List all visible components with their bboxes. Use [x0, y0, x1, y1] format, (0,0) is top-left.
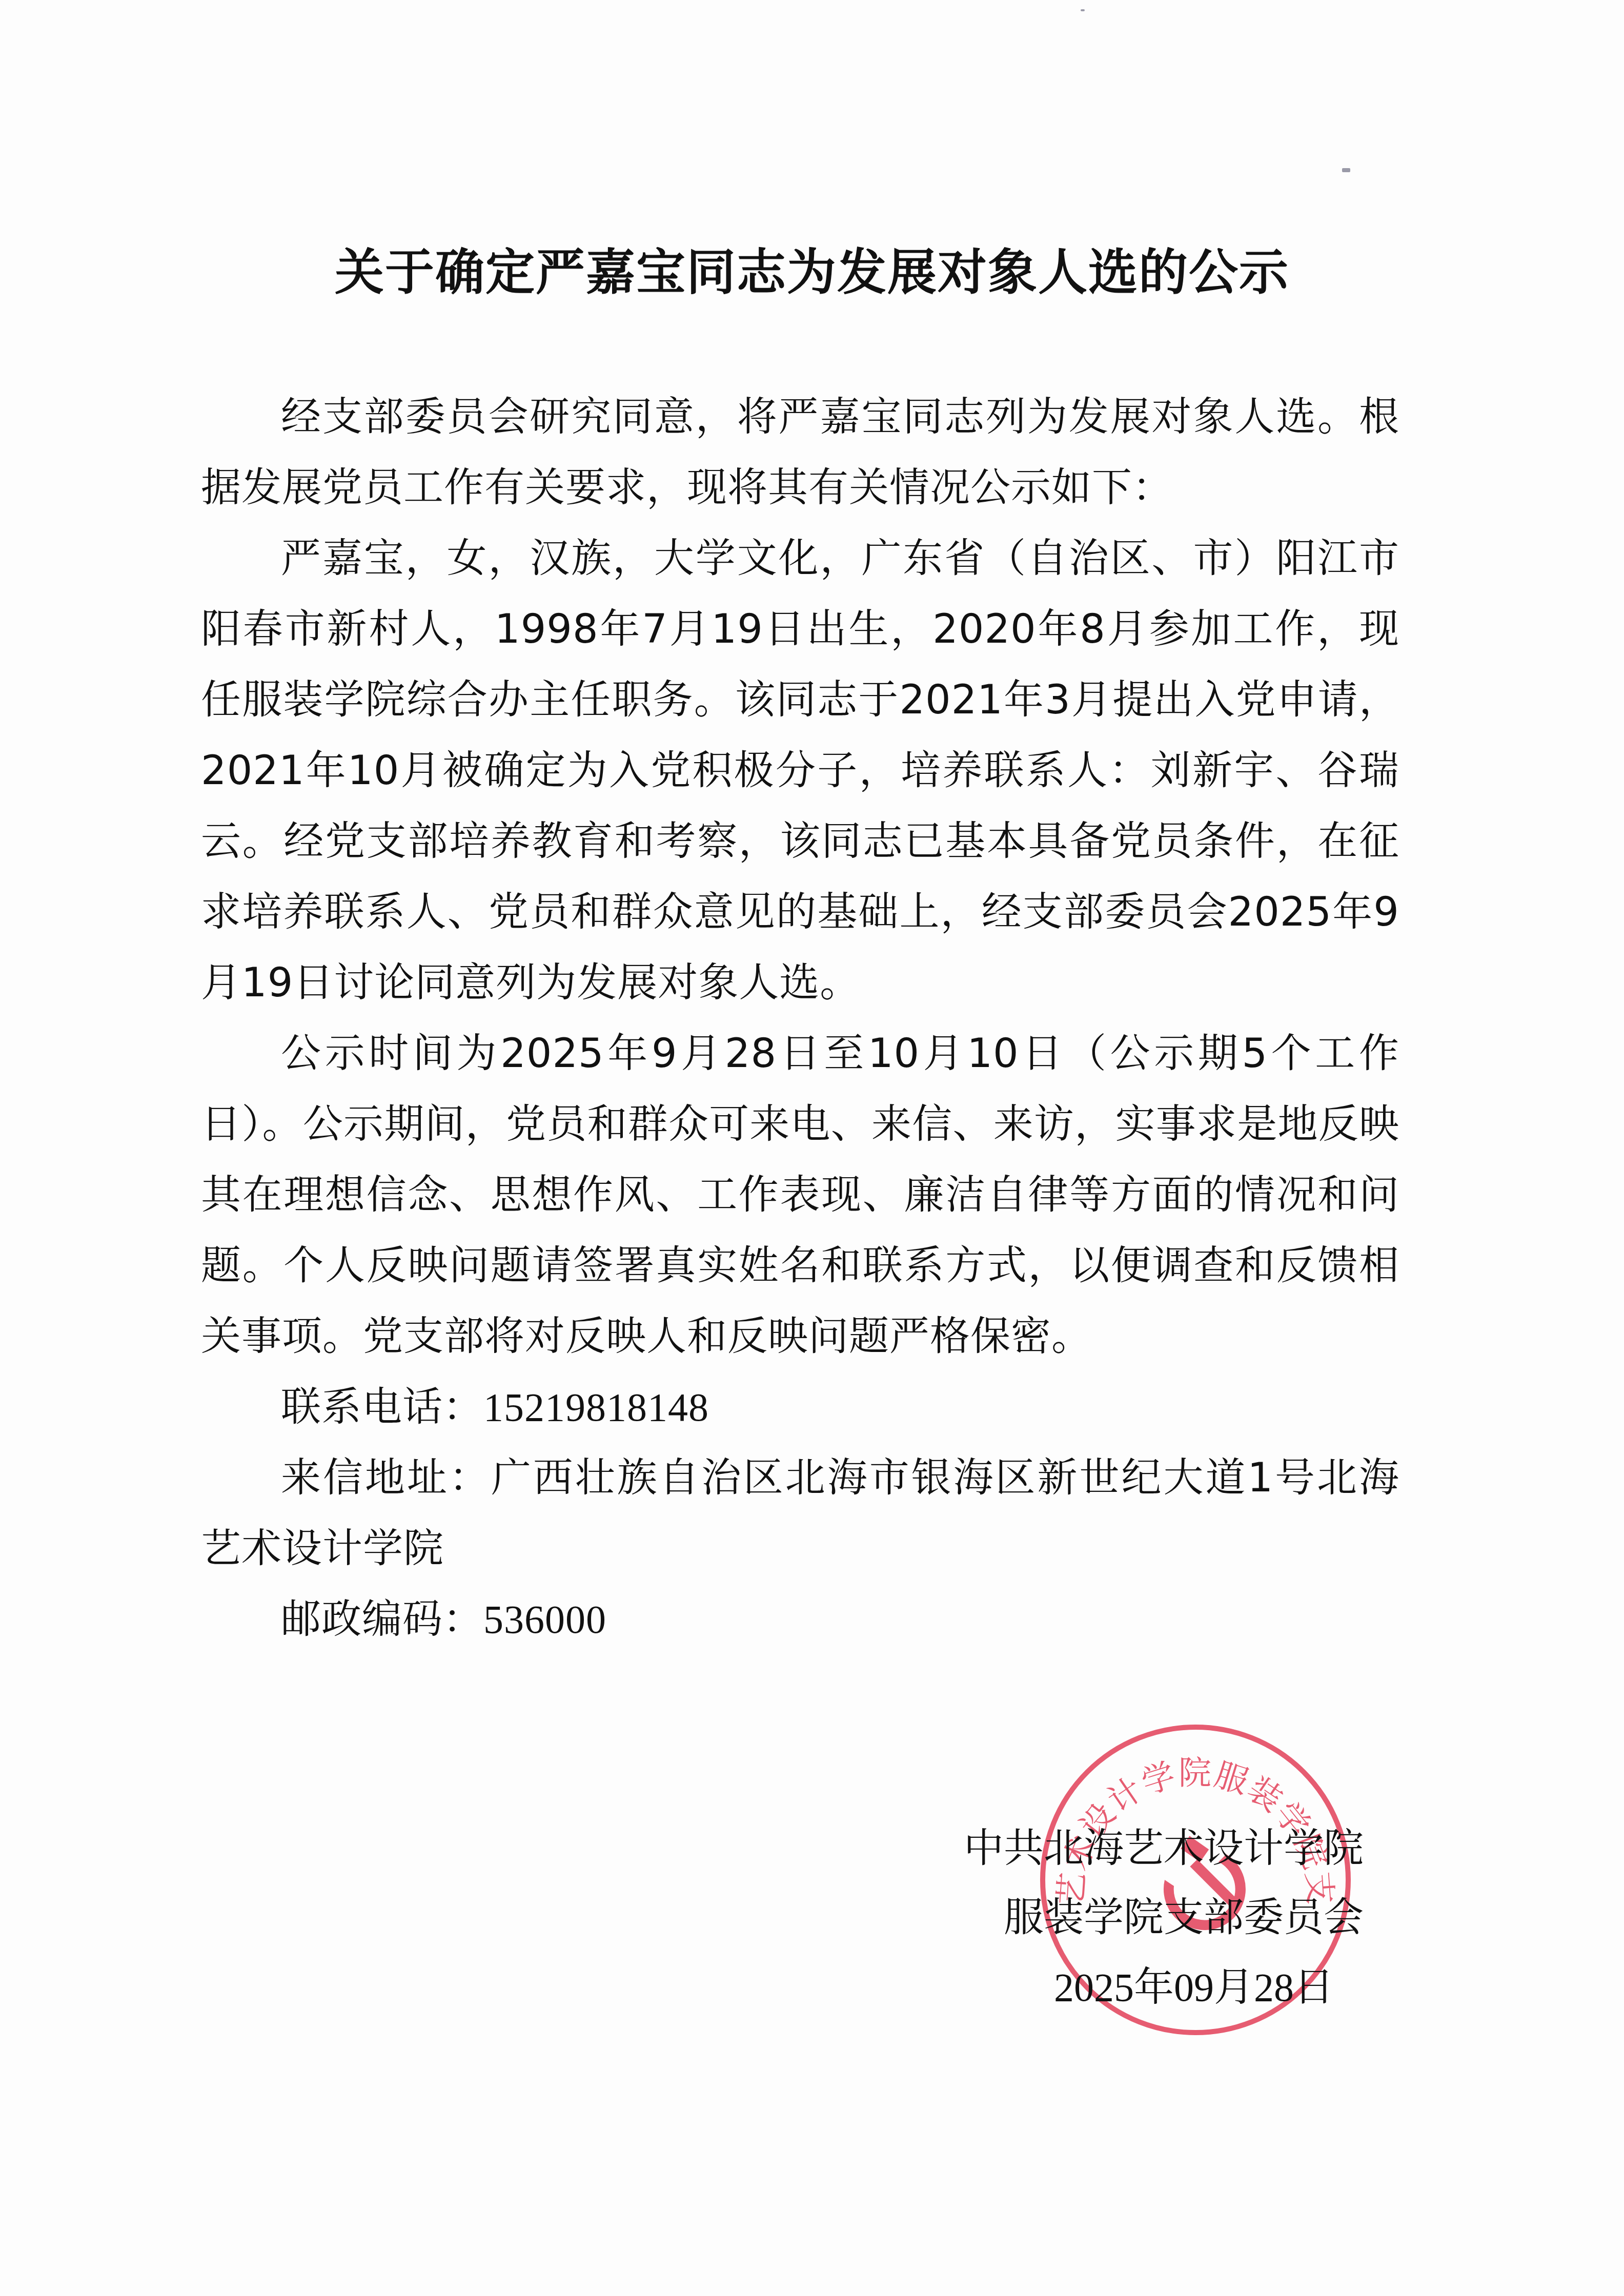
contact-phone: 联系电话：15219818148: [201, 1372, 1399, 1443]
document-body: 经支部委员会研究同意，将严嘉宝同志列为发展对象人选。根据发展党员工作有关要求，现…: [201, 382, 1399, 1655]
intro-paragraph: 经支部委员会研究同意，将严嘉宝同志列为发展对象人选。根据发展党员工作有关要求，现…: [201, 382, 1399, 523]
scan-speck: [1342, 168, 1350, 172]
postcode-value: 536000: [483, 1597, 606, 1642]
signing-organization-line1: 中共北海艺术设计学院: [953, 1814, 1364, 1883]
signing-organization-line2: 服装学院支部委员会: [953, 1883, 1364, 1953]
contact-postcode: 邮政编码：536000: [201, 1584, 1399, 1655]
signing-date: 2025年09月28日: [953, 1953, 1364, 2022]
postcode-label: 邮政编码：: [281, 1596, 483, 1643]
scan-speck: [1081, 9, 1085, 11]
contact-address: 来信地址：广西壮族自治区北海市银海区新世纪大道1号北海艺术设计学院: [201, 1443, 1399, 1584]
candidate-info-paragraph: 严嘉宝，女，汉族，大学文化，广东省（自治区、市）阳江市阳春市新村人，1998年7…: [201, 523, 1399, 1018]
address-label: 来信地址：: [281, 1455, 491, 1501]
phone-number: 15219818148: [483, 1385, 709, 1429]
document-title: 关于确定严嘉宝同志为发展对象人选的公示: [0, 233, 1624, 303]
signature-block: 中共北海艺术设计学院 服装学院支部委员会 2025年09月28日: [953, 1814, 1364, 2022]
phone-label: 联系电话：: [281, 1384, 483, 1430]
document-page: 关于确定严嘉宝同志为发展对象人选的公示 经支部委员会研究同意，将严嘉宝同志列为发…: [0, 0, 1624, 2296]
notice-period-paragraph: 公示时间为2025年9月28日至10月10日（公示期5个工作日）。公示期间，党员…: [201, 1018, 1399, 1372]
